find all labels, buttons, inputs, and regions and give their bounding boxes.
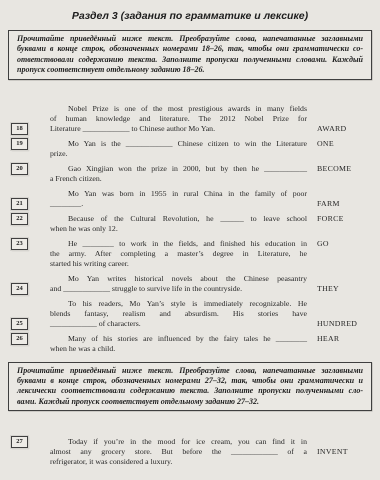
task-keyword: HUNDRED	[307, 319, 380, 329]
task-keyword	[307, 149, 380, 159]
task-text-line: Today if you’re in the mood for ice crea…	[50, 437, 307, 447]
task-line-row: when he was a child.	[8, 344, 380, 354]
exam-page-scan: Раздел 3 (задания по грамматике и лексик…	[0, 0, 380, 480]
task-text-line: Mo Yan writes historical novels about th…	[50, 274, 307, 284]
task-line-row: To his readers, Mo Yan’s style is immedi…	[8, 299, 380, 309]
task-line-row: 22Because of the Cultural Revolution, he…	[8, 214, 380, 224]
task-keyword	[307, 274, 380, 284]
task-keyword: HEAR	[307, 334, 380, 344]
task-text-line: Gao Xingjian won the prize in 2000, but …	[50, 164, 307, 174]
task-number-cell: 26	[8, 334, 50, 344]
task-number-cell: 20	[8, 164, 50, 174]
task-number-cell: 24	[8, 284, 50, 294]
task-number-cell	[8, 344, 50, 354]
task-text-line: almost any grocery store. But before the…	[50, 447, 307, 457]
task-keyword	[307, 344, 380, 354]
task-line-row: 25____________ of characters.HUNDRED	[8, 319, 380, 329]
task-keyword	[307, 249, 380, 259]
task-text-line: blends fantasy, realism and absurdism. H…	[50, 309, 307, 319]
task-keyword: FARM	[307, 199, 380, 209]
task-keyword	[307, 457, 380, 467]
task-text-line: Mo Yan was born in 1955 in rural China i…	[50, 189, 307, 199]
task-number-cell	[8, 447, 50, 457]
task-line-row: 19Mo Yan is the ____________ Chinese cit…	[8, 139, 380, 149]
task-line-row: 20Gao Xingjian won the prize in 2000, bu…	[8, 164, 380, 174]
task-keyword	[307, 189, 380, 199]
task-line-row: when he was only 12.	[8, 224, 380, 234]
task-number-box: 24	[11, 283, 28, 295]
task-line-row: 23He ________ to work in the fields, and…	[8, 239, 380, 249]
task-text-line: Literature ____________ to Chinese autho…	[50, 124, 307, 134]
task-text-line: of human knowledge and literature. The 2…	[50, 114, 307, 124]
task-number-cell: 19	[8, 139, 50, 149]
instructions-box-18-26: Прочитайте приведённый ниже текст. Преоб…	[8, 30, 372, 80]
task-number-cell: 25	[8, 319, 50, 329]
task-keyword: BECOME	[307, 164, 380, 174]
task-number-cell	[8, 149, 50, 159]
task-list-27-32: 27Today if you’re in the mood for ice cr…	[0, 411, 380, 467]
instruction-line: Прочитайте приведённый ниже текст. Преоб…	[17, 366, 363, 376]
task-line-row: 21________.FARM	[8, 199, 380, 209]
instruction-line: пропуск соответствует отдельному заданию…	[17, 65, 363, 75]
instruction-line: буквами в конце строк, обозначенных номе…	[17, 44, 363, 54]
task-text-line: started his writing career.	[50, 259, 307, 269]
task-number-cell: 21	[8, 199, 50, 209]
task-number-cell	[8, 104, 50, 114]
task-line-row: the army. After completing a master’s de…	[8, 249, 380, 259]
task-line-row: started his writing career.	[8, 259, 380, 269]
instruction-line: буквами в конце строк, обозначенных номе…	[17, 376, 363, 386]
task-keyword: FORCE	[307, 214, 380, 224]
task-text-line: when he was only 12.	[50, 224, 307, 234]
task-number-box: 18	[11, 123, 28, 135]
task-text-line: ____________ of characters.	[50, 319, 307, 329]
task-line-row: a French citizen.	[8, 174, 380, 184]
task-text-line: Mo Yan is the ____________ Chinese citiz…	[50, 139, 307, 149]
task-text-line: To his readers, Mo Yan’s style is immedi…	[50, 299, 307, 309]
task-keyword	[307, 437, 380, 447]
task-keyword	[307, 309, 380, 319]
task-keyword	[307, 174, 380, 184]
task-text-line: refrigerator, it was considered a luxury…	[50, 457, 307, 467]
task-number-cell: 27	[8, 437, 50, 447]
instructions-box-27-32: Прочитайте приведённый ниже текст. Преоб…	[8, 362, 372, 412]
task-line-row: 18Literature ____________ to Chinese aut…	[8, 124, 380, 134]
task-line-row: almost any grocery store. But before the…	[8, 447, 380, 457]
instruction-line: вами. Каждый пропуск соответствует отдел…	[17, 397, 363, 407]
task-text-line: Many of his stories are influenced by th…	[50, 334, 307, 344]
task-number-cell	[8, 224, 50, 234]
task-keyword	[307, 114, 380, 124]
task-text-line: a French citizen.	[50, 174, 307, 184]
task-number-cell	[8, 249, 50, 259]
task-line-row: refrigerator, it was considered a luxury…	[8, 457, 380, 467]
task-keyword: THEY	[307, 284, 380, 294]
task-number-cell	[8, 457, 50, 467]
task-text-line: prize.	[50, 149, 307, 159]
task-keyword: ONE	[307, 139, 380, 149]
task-text-line: and ____________ struggle to survive lif…	[50, 284, 307, 294]
task-text-line: the army. After completing a master’s de…	[50, 249, 307, 259]
task-number-cell: 23	[8, 239, 50, 249]
task-keyword: AWARD	[307, 124, 380, 134]
task-line-row: 27Today if you’re in the mood for ice cr…	[8, 437, 380, 447]
task-line-row: Mo Yan was born in 1955 in rural China i…	[8, 189, 380, 199]
task-line-row: prize.	[8, 149, 380, 159]
task-line-row: of human knowledge and literature. The 2…	[8, 114, 380, 124]
task-keyword: GO	[307, 239, 380, 249]
task-keyword: INVENT	[307, 447, 380, 457]
task-number-cell: 18	[8, 124, 50, 134]
task-text-line: He ________ to work in the fields, and f…	[50, 239, 307, 249]
task-keyword	[307, 224, 380, 234]
task-keyword	[307, 259, 380, 269]
task-text-line: ________.	[50, 199, 307, 209]
task-line-row: blends fantasy, realism and absurdism. H…	[8, 309, 380, 319]
task-number-box: 25	[11, 318, 28, 330]
task-line-row: Mo Yan writes historical novels about th…	[8, 274, 380, 284]
task-number-cell	[8, 299, 50, 309]
task-line-row: 26Many of his stories are influenced by …	[8, 334, 380, 344]
instruction-line: лексически соответствовали содержанию те…	[17, 386, 363, 396]
task-keyword	[307, 299, 380, 309]
task-text-line: Nobel Prize is one of the most prestigio…	[50, 104, 307, 114]
section-title: Раздел 3 (задания по грамматике и лексик…	[0, 0, 380, 22]
task-number-box: 21	[11, 198, 28, 210]
task-number-cell	[8, 174, 50, 184]
task-line-row: Nobel Prize is one of the most prestigio…	[8, 104, 380, 114]
task-number-cell: 22	[8, 214, 50, 224]
task-list-18-26: Nobel Prize is one of the most prestigio…	[0, 80, 380, 354]
instruction-line: Прочитайте приведённый ниже текст. Преоб…	[17, 34, 363, 44]
task-keyword	[307, 104, 380, 114]
instruction-line: ответствовали содержанию текста. Заполни…	[17, 55, 363, 65]
task-text-line: Because of the Cultural Revolution, he _…	[50, 214, 307, 224]
task-line-row: 24and ____________ struggle to survive l…	[8, 284, 380, 294]
task-number-cell	[8, 259, 50, 269]
task-text-line: when he was a child.	[50, 344, 307, 354]
